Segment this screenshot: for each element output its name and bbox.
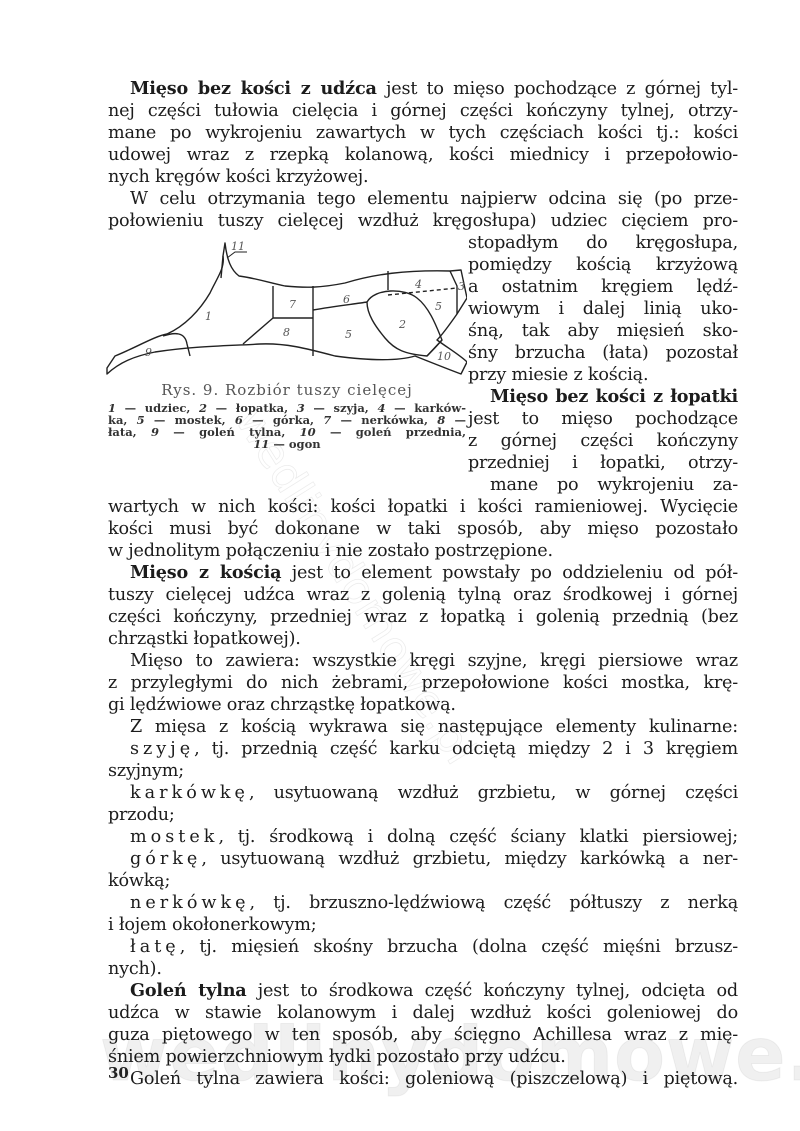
bold-heading: Goleń tylna — [130, 980, 247, 1001]
paragraph-line: wartych w nich kości: kości łopatki i ko… — [108, 496, 738, 518]
list-item: karkówkę, usytuowaną wzdłuż grzbietu, w … — [130, 782, 738, 804]
figure-caption: Rys. 9. Rozbiór tuszy cielęcej — [108, 381, 466, 399]
paragraph-line: w jednolitym połączeniu i nie zostało po… — [108, 540, 738, 562]
list-item: nerkówkę, tj. brzuszno-lędźwiową część p… — [130, 892, 738, 914]
svg-text:5: 5 — [435, 300, 442, 313]
paragraph-line: tuszy cielęcej udźca wraz z golenią tyln… — [108, 584, 738, 606]
carcass-cut-map-icon: 1 2 3 4 5 5 6 7 8 9 10 11 — [105, 238, 467, 376]
svg-text:5: 5 — [345, 328, 352, 341]
svg-text:11: 11 — [231, 240, 245, 253]
paragraph-line: stopadłym do kręgosłupa, — [468, 232, 738, 254]
page-number: 30 — [108, 1064, 129, 1082]
book-page: Mięso bez kości z udźca jest to mięso po… — [0, 0, 800, 1131]
item-term: karkówkę — [130, 783, 249, 803]
paragraph-line: mane po wykrojeniu za- — [490, 474, 738, 496]
paragraph-line: Mięso z kością jest to element powstały … — [130, 562, 738, 584]
paragraph-line: Goleń tylna jest to środkowa część kończ… — [130, 980, 738, 1002]
paragraph-line: wiowym i dalej linią uko- — [468, 298, 738, 320]
svg-text:6: 6 — [343, 293, 350, 306]
item-term: górkę — [130, 849, 201, 869]
paragraph-line: mane po wykrojeniu zawartych w tych częś… — [108, 122, 738, 144]
svg-text:7: 7 — [289, 298, 296, 311]
paragraph-line: jest to mięso pochodzące — [468, 408, 738, 430]
svg-text:1: 1 — [205, 310, 212, 323]
svg-text:3: 3 — [458, 280, 465, 293]
item-term: nerkówkę — [130, 893, 250, 913]
bold-heading: Mięso bez kości z łopatki — [490, 386, 738, 407]
paragraph-line: śną, tak aby mięsień sko- — [468, 320, 738, 342]
list-item-continuation: nych). — [108, 958, 738, 980]
paragraph-line: przedniej i łopatki, otrzy- — [468, 452, 738, 474]
bottom-watermark: wedlinydomowe.pl — [100, 1012, 720, 1098]
bold-heading: Mięso z kością — [130, 562, 281, 583]
paragraph-line: kości musi być dokonane w taki sposób, a… — [108, 518, 738, 540]
list-item-continuation: przodu; — [108, 804, 738, 826]
bold-heading: Mięso bez kości z udźca — [130, 78, 377, 99]
paragraph-line: połowieniu tuszy cielęcej wzdłuż kręgosł… — [108, 210, 738, 232]
paragraph-line: nej części tułowia cielęcia i górnej czę… — [108, 100, 738, 122]
paragraph-line: przy miesie z kością. — [468, 364, 738, 386]
list-item-continuation: i łojem okołonerkowym; — [108, 914, 738, 936]
item-term: szyję — [130, 739, 194, 759]
paragraph-line: pomiędzy kością krzyżową — [468, 254, 738, 276]
list-item-continuation: szyjnym; — [108, 760, 738, 782]
svg-text:8: 8 — [283, 326, 290, 339]
list-item: mostek, tj. środkową i dolną część ścian… — [130, 826, 738, 848]
paragraph-line: a ostatnim kręgiem lędź- — [468, 276, 738, 298]
list-item: górkę, usytuowaną wzdłuż grzbietu, międz… — [130, 848, 738, 870]
paragraph-line: Mięso bez kości z łopatki — [490, 386, 738, 408]
item-term: mostek — [130, 827, 218, 847]
paragraph-line: z górnej części kończyny — [468, 430, 738, 452]
list-item: łatę, tj. mięsień skośny brzucha (dolna … — [130, 936, 738, 958]
list-item-continuation: kówką; — [108, 870, 738, 892]
svg-text:10: 10 — [437, 350, 451, 363]
paragraph-line: udowej wraz z rzepką kolanową, kości mie… — [108, 144, 738, 166]
paragraph-line: śny brzucha (łata) pozostał — [468, 342, 738, 364]
paragraph-line: W celu otrzymania tego elementu najpierw… — [130, 188, 738, 210]
svg-text:4: 4 — [414, 278, 422, 291]
veal-carcass-diagram: 1 2 3 4 5 5 6 7 8 9 10 11 — [105, 238, 467, 376]
svg-text:9: 9 — [145, 346, 152, 359]
svg-text:2: 2 — [398, 318, 406, 331]
paragraph-line: nych kręgów kości krzyżowej. — [108, 166, 738, 188]
paragraph-line: części kończyny, przedniej wraz z łopatk… — [108, 606, 738, 628]
item-term: łatę — [130, 937, 180, 957]
paragraph-line: Mięso bez kości z udźca jest to mięso po… — [130, 78, 738, 100]
